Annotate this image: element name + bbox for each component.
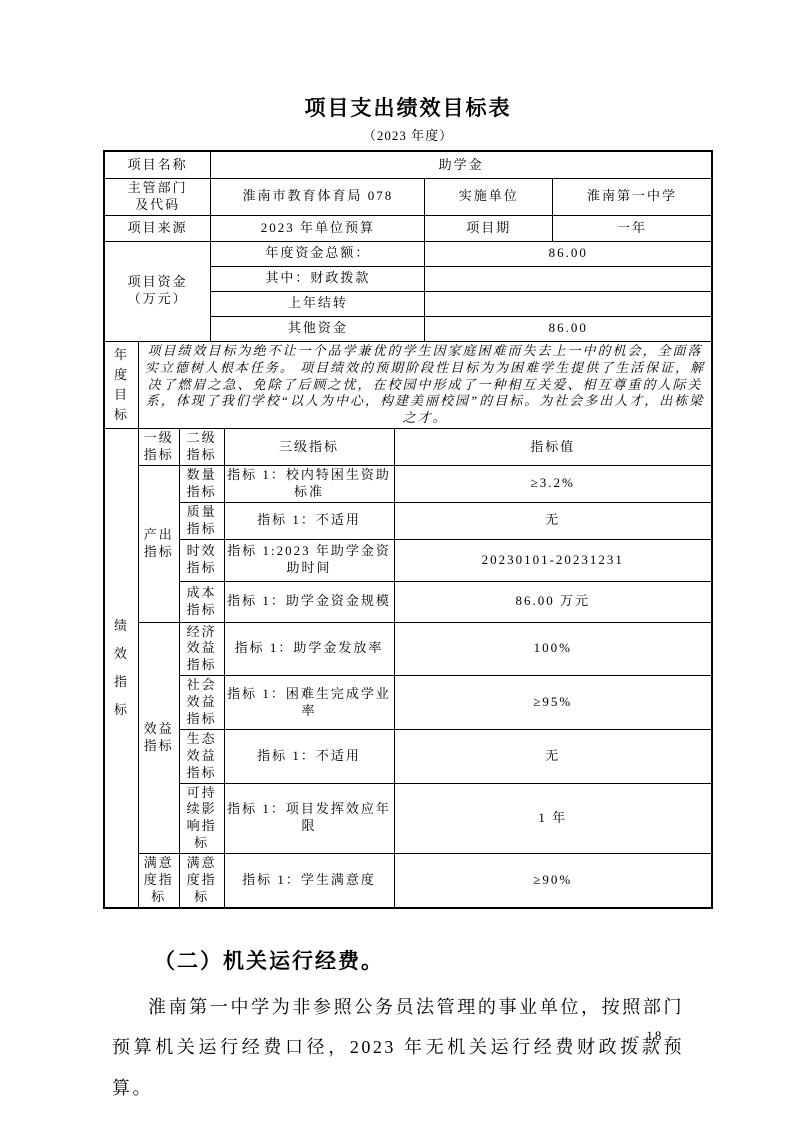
header-level3: 三级指标 (224, 429, 394, 466)
impl-unit-value: 淮南第一中学 (552, 179, 711, 216)
group-satisfaction-label: 满意度指标 (138, 854, 179, 908)
funds-carryover-label: 上年结转 (211, 291, 425, 316)
period-label: 项目期 (425, 215, 552, 241)
indicator-l2-label: 经济效益指标 (179, 622, 224, 676)
period-value: 一年 (552, 215, 711, 241)
indicator-l3-text: 指标 1：不适用 (224, 729, 394, 783)
group-benefit-label: 效益指标 (138, 622, 179, 854)
indicator-value: 20230101-20231231 (394, 539, 712, 581)
funds-fiscal-label: 其中：财政拨款 (211, 266, 425, 291)
group-output-label: 产出指标 (138, 466, 179, 623)
indicator-value: ≥95% (394, 676, 712, 730)
indicator-row: 可持续影响指标 指标 1：项目发挥效应年限 1 年 (105, 783, 712, 854)
indicator-row: 满意度指标 满意度指标 指标 1：学生满意度 ≥90% (105, 854, 712, 908)
indicator-header-row: 绩效指标 一级指标 二级指标 三级指标 指标值 (105, 429, 712, 466)
funds-row: 项目资金 （万元） 年度资金总额： 86.00 (105, 241, 712, 266)
indicator-l2-label: 生态效益指标 (179, 729, 224, 783)
indicator-row: 产出指标 数量指标 指标 1：校内特困生资助标准 ≥3.2% (105, 466, 712, 503)
document-content: 项目支出绩效目标表 （2023 年度） 项目名称 助学金 主管部门 及代码 淮南… (0, 0, 793, 1108)
page-subtitle: （2023 年度） (103, 125, 713, 144)
indicator-row: 效益指标 经济效益指标 指标 1：助学金发放率 100% (105, 622, 712, 676)
header-value: 指标值 (394, 429, 712, 466)
annual-goal-text: 项目绩效目标为绝不让一个品学兼优的学生因家庭困难而失去上一中的机会，全面落实立德… (138, 341, 711, 428)
indicator-l3-text: 指标 1：校内特困生资助标准 (224, 466, 394, 503)
performance-label: 绩效指标 (105, 429, 139, 908)
indicator-l3-text: 指标 1：困难生完成学业率 (224, 676, 394, 730)
indicator-row: 时效指标 指标 1:2023 年助学金资助时间 20230101-2023123… (105, 539, 712, 581)
indicator-l3-text: 指标 1：不适用 (224, 502, 394, 539)
body-paragraph: 淮南第一中学为非参照公务员法管理的事业单位，按照部门预算机关运行经费口径，202… (112, 987, 684, 1109)
indicator-row: 质量指标 指标 1：不适用 无 (105, 502, 712, 539)
indicator-l2-label: 可持续影响指标 (179, 783, 224, 854)
performance-target-table: 项目名称 助学金 主管部门 及代码 淮南市教育体育局 078 实施单位 淮南第一… (103, 150, 713, 909)
indicator-l2-label: 质量指标 (179, 502, 224, 539)
indicator-value: 100% (394, 622, 712, 676)
annual-goal-label: 年度目标 (105, 341, 139, 428)
funds-total-value: 86.00 (425, 241, 712, 266)
funds-other-value: 86.00 (425, 316, 712, 341)
indicator-l2-label: 社会效益指标 (179, 676, 224, 730)
indicator-l3-text: 指标 1：助学金发放率 (224, 622, 394, 676)
indicator-row: 社会效益指标 指标 1：困难生完成学业率 ≥95% (105, 676, 712, 730)
annual-goal-table: 年度目标 项目绩效目标为绝不让一个品学兼优的学生因家庭困难而失去上一中的机会，全… (104, 341, 712, 429)
performance-indicators-table: 绩效指标 一级指标 二级指标 三级指标 指标值 产出指标 数量指标 指标 1：校… (104, 428, 712, 908)
indicator-row: 成本指标 指标 1：助学金资金规模 86.00 万元 (105, 581, 712, 622)
source-label: 项目来源 (105, 215, 211, 241)
indicator-l3-text: 指标 1：学生满意度 (224, 854, 394, 908)
funds-total-label: 年度资金总额： (211, 241, 425, 266)
page-title: 项目支出绩效目标表 (103, 92, 713, 122)
document-page: 项目支出绩效目标表 （2023 年度） 项目名称 助学金 主管部门 及代码 淮南… (0, 0, 793, 1122)
page-number: - 18 - (635, 1028, 675, 1044)
funds-fiscal-value (425, 266, 712, 291)
project-name-row: 项目名称 助学金 (105, 152, 712, 179)
dept-label: 主管部门 及代码 (105, 179, 211, 216)
indicator-value: 无 (394, 729, 712, 783)
indicator-row: 生态效益指标 指标 1：不适用 无 (105, 729, 712, 783)
indicator-l2-label: 满意度指标 (179, 854, 224, 908)
body-section: （二）机关运行经费。 淮南第一中学为非参照公务员法管理的事业单位，按照部门预算机… (112, 945, 684, 1109)
header-level1: 一级指标 (138, 429, 179, 466)
header-level2: 二级指标 (179, 429, 224, 466)
funds-carryover-value (425, 291, 712, 316)
indicator-value: 无 (394, 502, 712, 539)
indicator-l2-label: 数量指标 (179, 466, 224, 503)
funds-label: 项目资金 （万元） (105, 241, 211, 341)
indicator-l2-label: 时效指标 (179, 539, 224, 581)
annual-goal-row: 年度目标 项目绩效目标为绝不让一个品学兼优的学生因家庭困难而失去上一中的机会，全… (105, 341, 712, 428)
source-row: 项目来源 2023 年单位预算 项目期 一年 (105, 215, 712, 241)
impl-unit-label: 实施单位 (425, 179, 552, 216)
project-info-table: 项目名称 助学金 主管部门 及代码 淮南市教育体育局 078 实施单位 淮南第一… (104, 151, 712, 342)
dept-value: 淮南市教育体育局 078 (211, 179, 425, 216)
indicator-value: 86.00 万元 (394, 581, 712, 622)
source-value: 2023 年单位预算 (211, 215, 425, 241)
indicator-l2-label: 成本指标 (179, 581, 224, 622)
indicator-l3-text: 指标 1:2023 年助学金资助时间 (224, 539, 394, 581)
funds-other-label: 其他资金 (211, 316, 425, 341)
section-heading: （二）机关运行经费。 (112, 945, 684, 975)
indicator-value: ≥3.2% (394, 466, 712, 503)
indicator-value: ≥90% (394, 854, 712, 908)
project-name-value: 助学金 (211, 152, 712, 179)
dept-row: 主管部门 及代码 淮南市教育体育局 078 实施单位 淮南第一中学 (105, 179, 712, 216)
indicator-value: 1 年 (394, 783, 712, 854)
indicator-l3-text: 指标 1：项目发挥效应年限 (224, 783, 394, 854)
indicator-l3-text: 指标 1：助学金资金规模 (224, 581, 394, 622)
project-name-label: 项目名称 (105, 152, 211, 179)
